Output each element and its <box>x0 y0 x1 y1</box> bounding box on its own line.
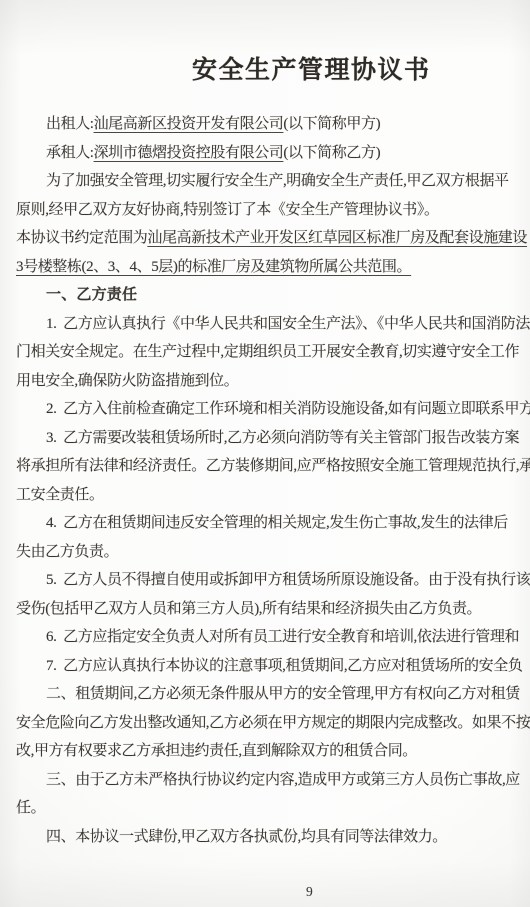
text-segment: 6. 乙方应指定安全负责人对所有员工进行安全教育和培训,依法进行管理和 <box>46 629 519 645</box>
underlined-text: 深圳市德熠投资控股有限公司 <box>94 145 284 161</box>
document-line: 1. 乙方应认真执行《中华人民共和国安全生产法》、《中华人民共和国消防法》 <box>16 310 530 339</box>
document-line: 出租人:汕尾高新区投资开发有限公司(以下简称甲方) <box>16 110 530 139</box>
text-segment: 二、租赁期间,乙方必须无条件服从甲方的安全管理,甲方有权向乙方对租赁 <box>46 686 520 702</box>
text-segment: 为了加强安全管理,切实履行安全生产,明确安全生产责任,甲乙双方根据平 <box>46 173 509 189</box>
document-line: 3号楼整栋(2、3、4、5层)的标准厂房及建筑物所属公共范围。 <box>16 253 530 282</box>
text-segment: 失由乙方负责。 <box>16 544 118 560</box>
page-number: 9 <box>306 884 313 900</box>
text-segment: 四、本协议一式肆份,甲乙双方各执贰份,均具有同等法律效力。 <box>46 829 447 845</box>
text-segment: 2. 乙方入住前检查确定工作环境和相关消防设施设备,如有问题立即联系甲方 <box>46 401 530 417</box>
document-body: 出租人:汕尾高新区投资开发有限公司(以下简称甲方)承租人:深圳市德熠投资控股有限… <box>16 110 530 851</box>
document-line: 4. 乙方在租赁期间违反安全管理的相关规定,发生伤亡事故,发生的法律后 <box>16 509 530 538</box>
text-segment: 将承担所有法律和经济责任。乙方装修期间,应严格按照安全施工管理规范执行,承 <box>16 458 530 474</box>
document-line: 受伤(包括甲乙双方人员和第三方人员),所有结果和经济损失由乙方负责。 <box>16 595 530 624</box>
document-line: 安全危险向乙方发出整改通知,乙方必须在甲方规定的期限内完成整改。如果不按 <box>16 709 530 738</box>
text-segment: 门相关安全规定。在生产过程中,定期组织员工开展安全教育,切实遵守安全工作 <box>16 344 519 360</box>
underlined-text: 汕尾高新区投资开发有限公司 <box>94 116 284 132</box>
text-segment: 安全危险向乙方发出整改通知,乙方必须在甲方规定的期限内完成整改。如果不按 <box>16 715 530 731</box>
document-line: 为了加强安全管理,切实履行安全生产,明确安全生产责任,甲乙双方根据平 <box>16 167 530 196</box>
text-segment: (以下简称乙方) <box>283 145 380 161</box>
document-line: 本协议书约定范围为汕尾高新技术产业开发区红草园区标准厂房及配套设施建设 <box>16 224 530 253</box>
document-line: 2. 乙方入住前检查确定工作环境和相关消防设施设备,如有问题立即联系甲方 <box>16 395 530 424</box>
text-segment: 3. 乙方需要改装租赁场所时,乙方必须向消防等有关主管部门报告改装方案 <box>46 430 519 446</box>
text-segment: 一、乙方责任 <box>46 287 137 303</box>
text-segment: 本协议书约定范围为 <box>16 230 147 246</box>
text-segment: 1. 乙方应认真执行《中华人民共和国安全生产法》、《中华人民共和国消防法》 <box>46 316 530 332</box>
document-line: 7. 乙方应认真执行本协议的注意事项,租赁期间,乙方应对租赁场所的安全负 <box>16 652 530 681</box>
document-line: 5. 乙方人员不得擅自使用或拆卸甲方租赁场所原设施设备。由于没有执行该 <box>16 566 530 595</box>
document-line: 一、乙方责任 <box>16 281 530 310</box>
document-line: 6. 乙方应指定安全负责人对所有员工进行安全教育和培训,依法进行管理和 <box>16 623 530 652</box>
text-segment: 承租人: <box>46 145 94 161</box>
document-line: 任。 <box>16 794 530 823</box>
underlined-text: 汕尾高新技术产业开发区红草园区标准厂房及配套设施建设 <box>147 230 527 246</box>
document-line: 改,甲方有权要求乙方承担违约责任,直到解除双方的租赁合同。 <box>16 737 530 766</box>
text-segment: 三、由于乙方未严格执行协议约定内容,造成甲方或第三方人员伤亡事故,应 <box>46 772 520 788</box>
text-segment: 5. 乙方人员不得擅自使用或拆卸甲方租赁场所原设施设备。由于没有执行该 <box>46 572 530 588</box>
text-segment: 用电安全,确保防火防盗措施到位。 <box>16 373 238 389</box>
text-segment: 任。 <box>16 800 45 816</box>
document-page: 安全生产管理协议书 出租人:汕尾高新区投资开发有限公司(以下简称甲方)承租人:深… <box>0 0 530 907</box>
text-segment: 4. 乙方在租赁期间违反安全管理的相关规定,发生伤亡事故,发生的法律后 <box>46 515 508 531</box>
document-line: 承租人:深圳市德熠投资控股有限公司(以下简称乙方) <box>16 139 530 168</box>
document-line: 门相关安全规定。在生产过程中,定期组织员工开展安全教育,切实遵守安全工作 <box>16 338 530 367</box>
text-segment: (以下简称甲方) <box>283 116 380 132</box>
document-line: 工安全责任。 <box>16 481 530 510</box>
text-segment: 出租人: <box>46 116 94 132</box>
document-line: 失由乙方负责。 <box>16 538 530 567</box>
underlined-text: 3号楼整栋(2、3、4、5层)的标准厂房及建筑物所属公共范围。 <box>16 259 411 275</box>
text-segment: 原则,经甲乙双方友好协商,特别签订了本《安全生产管理协议书》。 <box>16 202 439 218</box>
document-line: 3. 乙方需要改装租赁场所时,乙方必须向消防等有关主管部门报告改装方案 <box>16 424 530 453</box>
text-segment: 7. 乙方应认真执行本协议的注意事项,租赁期间,乙方应对租赁场所的安全负 <box>46 658 522 674</box>
page-title: 安全生产管理协议书 <box>192 50 431 86</box>
document-line: 将承担所有法律和经济责任。乙方装修期间,应严格按照安全施工管理规范执行,承 <box>16 452 530 481</box>
document-line: 二、租赁期间,乙方必须无条件服从甲方的安全管理,甲方有权向乙方对租赁 <box>16 680 530 709</box>
document-line: 用电安全,确保防火防盗措施到位。 <box>16 367 530 396</box>
text-segment: 改,甲方有权要求乙方承担违约责任,直到解除双方的租赁合同。 <box>16 743 417 759</box>
text-segment: 工安全责任。 <box>16 487 104 503</box>
document-line: 原则,经甲乙双方友好协商,特别签订了本《安全生产管理协议书》。 <box>16 196 530 225</box>
text-segment: 受伤(包括甲乙双方人员和第三方人员),所有结果和经济损失由乙方负责。 <box>16 601 481 617</box>
document-line: 三、由于乙方未严格执行协议约定内容,造成甲方或第三方人员伤亡事故,应 <box>16 766 530 795</box>
document-line: 四、本协议一式肆份,甲乙双方各执贰份,均具有同等法律效力。 <box>16 823 530 852</box>
